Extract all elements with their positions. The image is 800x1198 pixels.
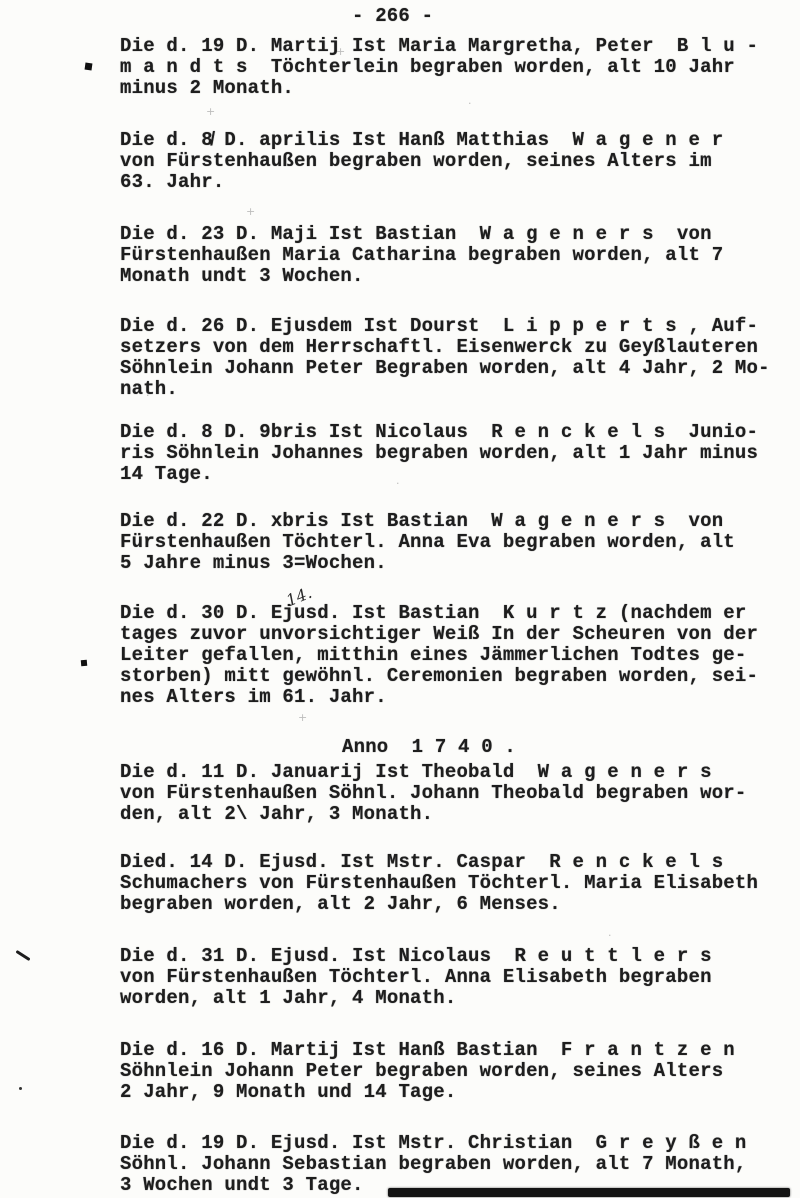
scan-speck: · <box>468 98 472 109</box>
burial-records-section-1740: Die d. 11 D. Januarij Ist Theobald W a g… <box>120 762 788 1196</box>
record-entry: Die d. 16 D. Martij Ist Hanß Bastian F r… <box>120 1040 788 1103</box>
record-entry: Die d. 19 D. Martij Ist Maria Margretha,… <box>120 36 788 99</box>
scan-speck: + <box>246 206 255 217</box>
scan-artifact-dot <box>81 660 88 667</box>
record-entry: Die d. 30 D. Ejusd. Ist Bastian K u r t … <box>120 603 788 708</box>
scan-speck: + <box>206 106 215 117</box>
scan-speck: · <box>146 390 150 401</box>
scan-speck: · <box>396 478 400 489</box>
scan-artifact-dot <box>85 63 93 71</box>
scan-speck: + <box>336 46 345 57</box>
record-entry: Die d. 26 D. Ejusdem Ist Dourst L i p p … <box>120 316 788 400</box>
burial-records-section-top: Die d. 19 D. Martij Ist Maria Margretha,… <box>120 36 788 708</box>
scan-speck: · <box>608 930 612 941</box>
record-entry: Die d. 8 D. 9bris Ist Nicolaus R e n c k… <box>120 422 788 485</box>
record-entry: Die d. 23 D. Maji Ist Bastian W a g e n … <box>120 224 788 287</box>
anno-1740-heading: Anno 1 7 4 0 . <box>342 737 788 758</box>
record-entry: Die d. 19 D. Ejusd. Ist Mstr. Christian … <box>120 1133 788 1196</box>
scan-speck: + <box>298 712 307 723</box>
record-entry: Died. 14 D. Ejusd. Ist Mstr. Caspar R e … <box>120 852 788 915</box>
record-entry: Die d. 31 D. Ejusd. Ist Nicolaus R e u t… <box>120 946 788 1009</box>
page-content: - 266 - Die d. 19 D. Martij Ist Maria Ma… <box>0 0 800 1196</box>
scan-artifact-dot <box>19 1087 22 1090</box>
scan-artifact-bar <box>388 1188 790 1197</box>
record-entry: Die d. 22 D. xbris Ist Bastian W a g e n… <box>120 511 788 574</box>
scanned-document-page: - 266 - Die d. 19 D. Martij Ist Maria Ma… <box>0 0 800 1198</box>
page-number: - 266 - <box>352 6 788 27</box>
record-entry: Die d. 8̸ D. aprilis Ist Hanß Matthias W… <box>120 130 788 193</box>
record-entry: Die d. 11 D. Januarij Ist Theobald W a g… <box>120 762 788 825</box>
